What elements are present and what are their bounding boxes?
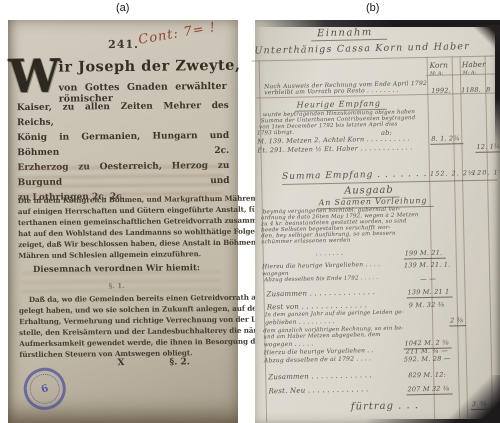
ledger-value: 139 M. 21 1 xyxy=(406,287,452,298)
ledger-value: 1188. xyxy=(461,86,481,94)
title-line: König in Germanien, Hungarn und Böhmen 2… xyxy=(17,129,229,161)
figure-label-b: (b) xyxy=(366,2,379,14)
photo-dark-edge xyxy=(255,20,500,27)
title-line: Kaiser, zu allen Zeiten Mehrer des Reich… xyxy=(17,99,229,131)
ledger-title: Einnahm xyxy=(311,27,387,42)
section-mark-2: §. 2. xyxy=(169,357,189,367)
ledger-row-text: Zusammen . . . . . . . . . . . . . xyxy=(268,371,372,381)
photo-dark-corner xyxy=(420,375,500,423)
drop-cap-initial: W xyxy=(8,49,60,104)
ledger-row-text: . . . . . . . xyxy=(316,250,344,258)
ledger-row-text: fürtrag . . . xyxy=(351,400,419,412)
archive-stamp: 6 xyxy=(19,363,70,414)
column-subheader: M: A: xyxy=(463,70,476,76)
ledger-row-text: Abzug desselben de ai 1792 . . . . xyxy=(264,355,371,364)
figure-label-a: (a) xyxy=(116,2,129,14)
ledger-row: Zusammen . . . . . . . . . . . . . .139 … xyxy=(256,285,500,298)
ledger-row-text: 1793 übrigt. xyxy=(257,130,294,137)
paragraph-1: Die in dem Königreich Böhmen, und Markgr… xyxy=(18,193,231,261)
x-mark: X xyxy=(117,358,124,368)
ledger-page: Einnahm Unterthänigs Cassa Korn und Habe… xyxy=(251,17,500,423)
paragraph-2: Daß da, wo die Gemeinden bereits einen G… xyxy=(19,292,232,360)
ledger-row-text: Rest. Neu . . . . . . . . . . . . . xyxy=(268,385,368,395)
document-number: 241. xyxy=(108,38,139,51)
ledger-value: — — xyxy=(420,275,436,283)
panel-a-photo: 241. Cont: 7= ! W ir Joseph der Zweyte, … xyxy=(8,20,238,423)
ledger-value: 592. M. 28 — xyxy=(404,355,451,364)
ledger-subtitle: Unterthänigs Cassa Korn und Haber xyxy=(254,41,470,57)
handwritten-annotation: Cont: 7= ! xyxy=(137,20,217,48)
column-header-korn: Korn xyxy=(426,60,452,70)
stamp-ring xyxy=(26,371,63,408)
ledger-row-text: wogegen . . . . . xyxy=(263,340,313,348)
paragraph-line: Mähren und Schlesien allgemein einzuführ… xyxy=(18,248,230,261)
panel-b-photo: Einnahm Unterthänigs Cassa Korn und Habe… xyxy=(255,20,500,423)
decree-page: 241. Cont: 7= ! W ir Joseph der Zweyte, … xyxy=(6,19,240,423)
ledger-value: 152. 2. 2½ xyxy=(430,169,475,178)
paragraph-line: fürstlichen Steuern von Amtswegen oblieg… xyxy=(19,347,231,360)
ledger-row-text: schümmer erlassenen werden xyxy=(261,238,350,246)
photo-dark-edge xyxy=(365,419,500,423)
photo-dark-corner xyxy=(474,25,500,65)
ledger-value: 8 xyxy=(486,86,491,94)
ink-bleed-through xyxy=(17,159,223,197)
ledger-value: 1992. xyxy=(431,86,451,94)
figure-canvas: { "figure": { "label_a": "(a)", "label_b… xyxy=(0,0,500,423)
ledger-row-text: Abzug desselben bis Ende 1792 . . . . . xyxy=(264,275,378,283)
ledger-row-text: Zusammen . . . . . . . . . . . . . . xyxy=(266,288,375,298)
column-subheader: M: A: xyxy=(430,71,443,77)
ledger-row-text: geblieben . . . . . . . . . xyxy=(265,318,335,326)
document-title: ir Joseph der Zweyte, xyxy=(58,57,240,76)
ledger-value: 120. 1¾ xyxy=(472,168,500,177)
ledger-value: 199 M. 21. xyxy=(404,249,446,260)
